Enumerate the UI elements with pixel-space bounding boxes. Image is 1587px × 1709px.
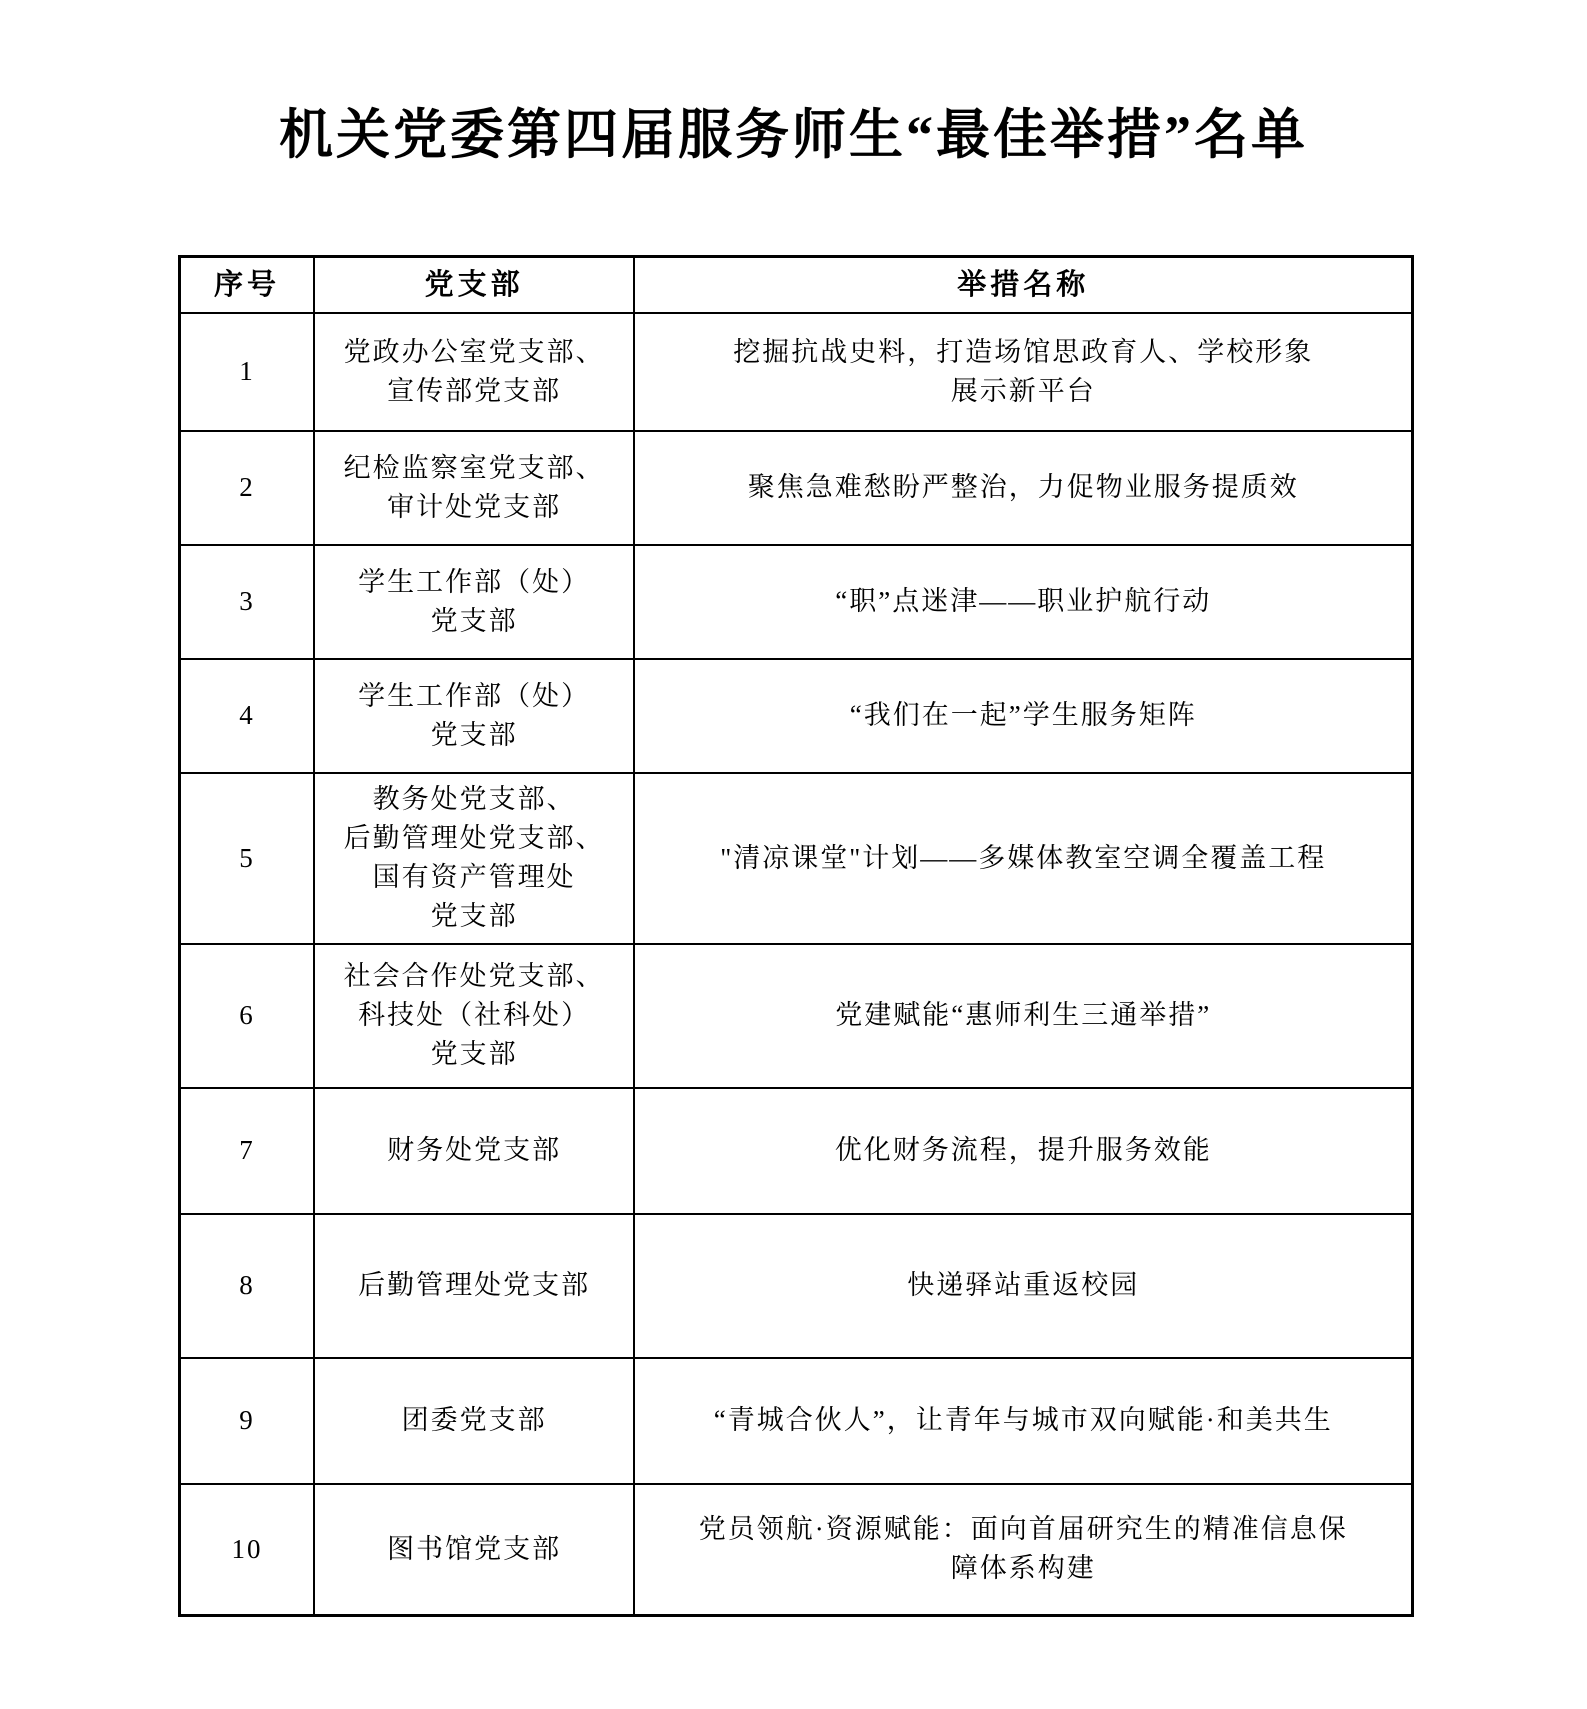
row-measure-name: "清凉课堂"计划——多媒体教室空调全覆盖工程 xyxy=(634,773,1412,944)
row-measure-name: 聚焦急难愁盼严整治，力促物业服务提质效 xyxy=(634,431,1412,545)
row-party-branch: 教务处党支部、 后勤管理处党支部、 国有资产管理处 党支部 xyxy=(314,773,635,944)
row-serial-number: 7 xyxy=(180,1088,314,1214)
row-party-branch: 团委党支部 xyxy=(314,1358,635,1484)
table-row: 2 纪检监察室党支部、 审计处党支部 聚焦急难愁盼严整治，力促物业服务提质效 xyxy=(180,431,1413,545)
table-row: 5 教务处党支部、 后勤管理处党支部、 国有资产管理处 党支部 "清凉课堂"计划… xyxy=(180,773,1413,944)
row-party-branch: 后勤管理处党支部 xyxy=(314,1214,635,1358)
table-row: 8 后勤管理处党支部 快递驿站重返校园 xyxy=(180,1214,1413,1358)
page-title: 机关党委第四届服务师生“最佳举措”名单 xyxy=(0,0,1587,169)
row-measure-name: 党建赋能“惠师利生三通举措” xyxy=(634,944,1412,1088)
header-party-branch: 党支部 xyxy=(314,257,635,314)
table-header-row: 序号 党支部 举措名称 xyxy=(180,257,1413,314)
row-serial-number: 6 xyxy=(180,944,314,1088)
document-page: 机关党委第四届服务师生“最佳举措”名单 序号 党支部 举措名称 1 党政办公室党… xyxy=(0,0,1587,1709)
award-measures-table: 序号 党支部 举措名称 1 党政办公室党支部、 宣传部党支部 挖掘抗战史料，打造… xyxy=(178,255,1414,1617)
row-party-branch: 纪检监察室党支部、 审计处党支部 xyxy=(314,431,635,545)
row-serial-number: 9 xyxy=(180,1358,314,1484)
row-measure-name: 挖掘抗战史料，打造场馆思政育人、学校形象 展示新平台 xyxy=(634,313,1412,431)
row-serial-number: 5 xyxy=(180,773,314,944)
table-row: 1 党政办公室党支部、 宣传部党支部 挖掘抗战史料，打造场馆思政育人、学校形象 … xyxy=(180,313,1413,431)
row-party-branch: 财务处党支部 xyxy=(314,1088,635,1214)
row-party-branch: 学生工作部（处） 党支部 xyxy=(314,659,635,773)
table-row: 4 学生工作部（处） 党支部 “我们在一起”学生服务矩阵 xyxy=(180,659,1413,773)
row-serial-number: 8 xyxy=(180,1214,314,1358)
row-serial-number: 10 xyxy=(180,1484,314,1616)
table-row: 6 社会合作处党支部、 科技处（社科处） 党支部 党建赋能“惠师利生三通举措” xyxy=(180,944,1413,1088)
header-serial-number: 序号 xyxy=(180,257,314,314)
row-measure-name: “我们在一起”学生服务矩阵 xyxy=(634,659,1412,773)
row-serial-number: 2 xyxy=(180,431,314,545)
header-measure-name: 举措名称 xyxy=(634,257,1412,314)
row-serial-number: 3 xyxy=(180,545,314,659)
row-measure-name: 党员领航·资源赋能：面向首届研究生的精准信息保 障体系构建 xyxy=(634,1484,1412,1616)
table-row: 3 学生工作部（处） 党支部 “职”点迷津——职业护航行动 xyxy=(180,545,1413,659)
row-party-branch: 社会合作处党支部、 科技处（社科处） 党支部 xyxy=(314,944,635,1088)
row-serial-number: 1 xyxy=(180,313,314,431)
row-measure-name: 快递驿站重返校园 xyxy=(634,1214,1412,1358)
row-party-branch: 学生工作部（处） 党支部 xyxy=(314,545,635,659)
row-party-branch: 党政办公室党支部、 宣传部党支部 xyxy=(314,313,635,431)
table-row: 10 图书馆党支部 党员领航·资源赋能：面向首届研究生的精准信息保 障体系构建 xyxy=(180,1484,1413,1616)
row-serial-number: 4 xyxy=(180,659,314,773)
row-measure-name: “青城合伙人”，让青年与城市双向赋能·和美共生 xyxy=(634,1358,1412,1484)
row-measure-name: 优化财务流程，提升服务效能 xyxy=(634,1088,1412,1214)
table-row: 9 团委党支部 “青城合伙人”，让青年与城市双向赋能·和美共生 xyxy=(180,1358,1413,1484)
row-party-branch: 图书馆党支部 xyxy=(314,1484,635,1616)
table-row: 7 财务处党支部 优化财务流程，提升服务效能 xyxy=(180,1088,1413,1214)
row-measure-name: “职”点迷津——职业护航行动 xyxy=(634,545,1412,659)
